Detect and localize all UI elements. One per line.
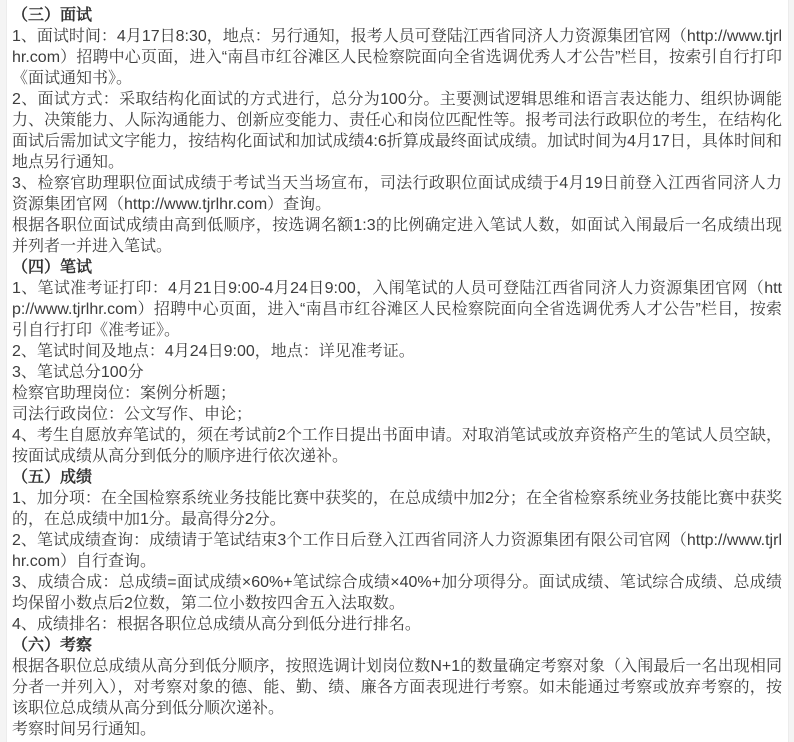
section-heading-written-exam: （四）笔试 (12, 257, 782, 278)
paragraph: 3、成绩合成：总成绩=面试成绩×60%+笔试综合成绩×40%+加分项得分。面试成… (12, 572, 782, 614)
paragraph: 1、加分项：在全国检察系统业务技能比赛中获奖的，在总成绩中加2分；在全省检察系统… (12, 488, 782, 530)
paragraph: 司法行政岗位：公文写作、申论； (12, 404, 782, 425)
article-page: （三）面试 1、面试时间：4月17日8:30，地点：另行通知，报考人员可登陆江西… (6, 0, 789, 742)
paragraph: 2、面试方式：采取结构化面试的方式进行，总分为100分。主要测试逻辑思维和语言表… (12, 89, 782, 173)
article-body: （三）面试 1、面试时间：4月17日8:30，地点：另行通知，报考人员可登陆江西… (7, 0, 788, 740)
paragraph: 考察时间另行通知。 (12, 719, 782, 740)
paragraph: 2、笔试成绩查询：成绩请于笔试结束3个工作日后登入江西省同济人力资源集团有限公司… (12, 530, 782, 572)
paragraph: 根据各职位总成绩从高分到低分顺序，按照选调计划岗位数N+1的数量确定考察对象（入… (12, 656, 782, 719)
paragraph: 4、考生自愿放弃笔试的，须在考试前2个工作日提出书面申请。对取消笔试或放弃资格产… (12, 425, 782, 467)
paragraph: 根据各职位面试成绩由高到低顺序，按选调名额1:3的比例确定进入笔试人数，如面试入… (12, 215, 782, 257)
paragraph: 3、笔试总分100分 (12, 362, 782, 383)
section-scores: （五）成绩 1、加分项：在全国检察系统业务技能比赛中获奖的，在总成绩中加2分；在… (12, 467, 782, 635)
paragraph: 3、检察官助理职位面试成绩于考试当天当场宣布，司法行政职位面试成绩于4月19日前… (12, 173, 782, 215)
paragraph: 2、笔试时间及地点：4月24日9:00，地点：详见准考证。 (12, 341, 782, 362)
section-heading-inspection: （六）考察 (12, 635, 782, 656)
section-heading-interview: （三）面试 (12, 5, 782, 26)
paragraph: 1、面试时间：4月17日8:30，地点：另行通知，报考人员可登陆江西省同济人力资… (12, 26, 782, 89)
section-inspection: （六）考察 根据各职位总成绩从高分到低分顺序，按照选调计划岗位数N+1的数量确定… (12, 635, 782, 740)
paragraph: 检察官助理岗位：案例分析题； (12, 383, 782, 404)
section-written-exam: （四）笔试 1、笔试准考证打印：4月21日9:00-4月24日9:00，入闱笔试… (12, 257, 782, 467)
section-interview: （三）面试 1、面试时间：4月17日8:30，地点：另行通知，报考人员可登陆江西… (12, 5, 782, 257)
paragraph: 1、笔试准考证打印：4月21日9:00-4月24日9:00，入闱笔试的人员可登陆… (12, 278, 782, 341)
paragraph: 4、成绩排名：根据各职位总成绩从高分到低分进行排名。 (12, 614, 782, 635)
section-heading-scores: （五）成绩 (12, 467, 782, 488)
